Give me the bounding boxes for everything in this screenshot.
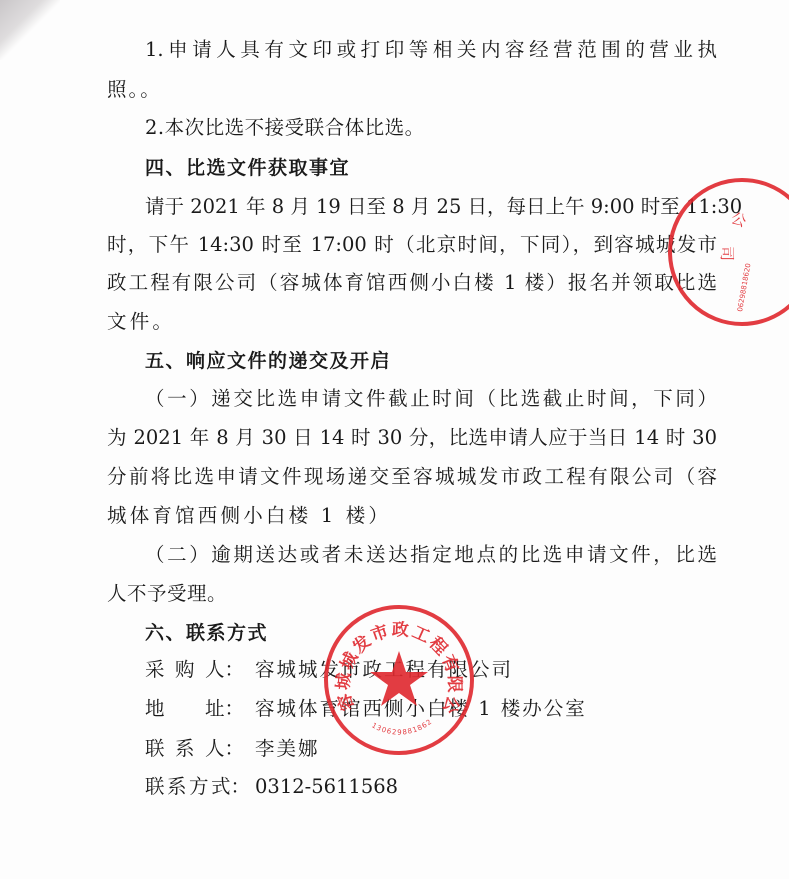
- section-heading-4: 四、比选文件获取事宜: [145, 155, 755, 181]
- seal-partial-graphic: 公 司 0629881​8620: [672, 182, 789, 322]
- paragraph-5-2-line-1: （二）逾期送达或者未送达指定地点的比选申请文件，比选: [145, 542, 717, 568]
- seal-graphic: 容城城发市政工程有限公司 1306298818620: [328, 609, 470, 751]
- paragraph-4-line-2: 时，下午 14:30 时至 17:00 时（北京时间，下同），到容城城发市: [107, 232, 717, 258]
- paragraph-4-line-4: 文件。: [107, 309, 717, 335]
- seal-partial-code: 0629881​8620: [736, 263, 752, 313]
- contact-label: 采购人：: [145, 657, 255, 683]
- contact-value: 0312-5611568: [255, 775, 398, 798]
- company-seal: 容城城发市政工程有限公司 1306298818620: [324, 605, 474, 755]
- svg-text:公: 公: [729, 209, 749, 231]
- paragraph-5-1-line-1: （一）递交比选申请文件截止时间（比选截止时间，下同）: [145, 386, 717, 412]
- contact-value: 李美娜: [255, 737, 320, 760]
- requirement-1-cont: 照。。: [107, 77, 717, 103]
- contact-label: 联系人：: [145, 736, 255, 762]
- contact-label: 联系方式：: [145, 774, 255, 800]
- paragraph-5-1-line-3: 分前将比选申请文件现场递交至容城城发市政工程有限公司（容: [107, 464, 717, 490]
- paragraph-5-1-line-4: 城体育馆西侧小白楼 1 楼）: [107, 503, 717, 529]
- contact-phone: 联系方式： 0312-5611568: [145, 774, 755, 800]
- paragraph-4-line-1: 请于 2021 年 8 月 19 日至 8 月 25 日，每日上午 9:00 时…: [145, 194, 717, 220]
- requirement-2: 2.本次比选不接受联合体比选。: [145, 115, 755, 141]
- company-seal-partial: 公 司 0629881​8620: [668, 178, 789, 326]
- paragraph-5-1-line-2: 为 2021 年 8 月 30 日 14 时 30 分，比选申请人应于当日 14…: [107, 425, 717, 451]
- paragraph-5-2-line-2: 人不予受理。: [107, 581, 717, 607]
- contact-label: 地址：: [145, 696, 255, 722]
- paragraph-4-line-3: 政工程有限公司（容城体育馆西侧小白楼 1 楼）报名并领取比选: [107, 270, 717, 296]
- section-heading-5: 五、响应文件的递交及开启: [145, 348, 755, 374]
- seal-star-icon: [370, 651, 428, 706]
- requirement-1: 1.申请人具有文印或打印等相关内容经营范围的营业执: [145, 37, 717, 63]
- svg-text:司: 司: [718, 246, 736, 261]
